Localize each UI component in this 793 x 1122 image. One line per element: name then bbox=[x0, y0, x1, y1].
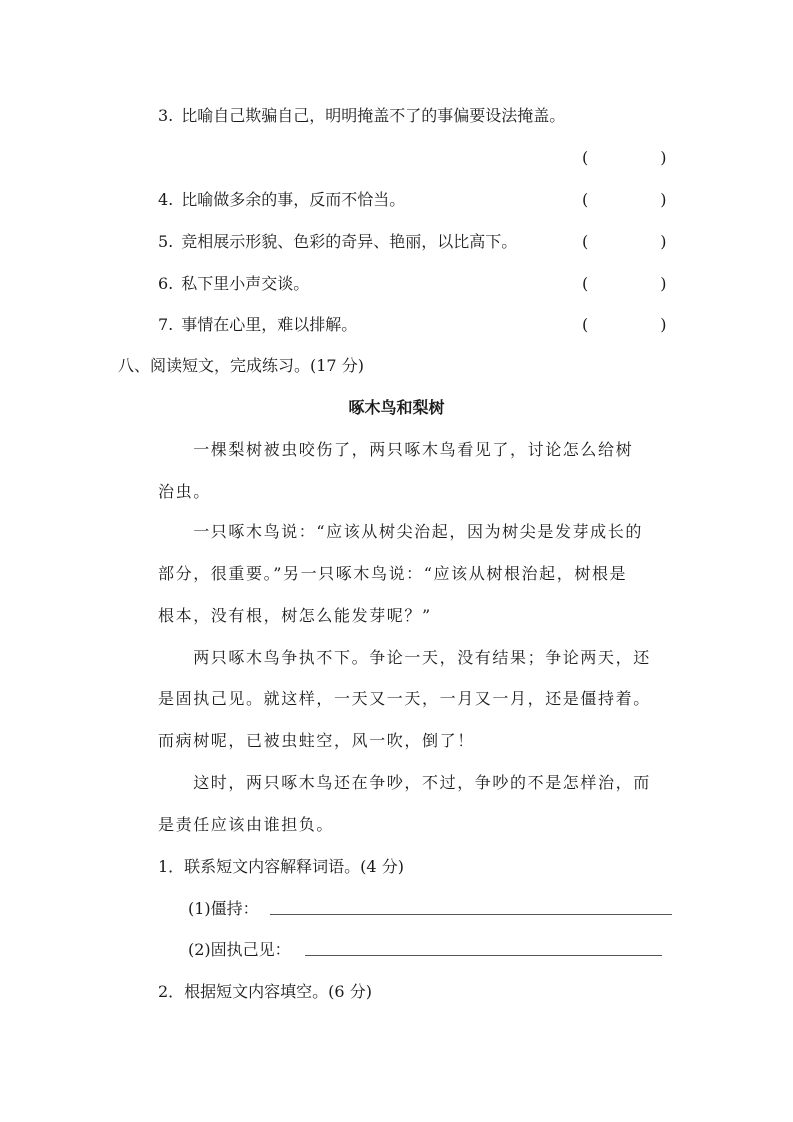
paren-close: ) bbox=[660, 315, 666, 334]
question-1-sub-1-label: (1)僵持： bbox=[188, 899, 259, 919]
answer-blank-5[interactable]: () bbox=[582, 232, 667, 252]
passage-line: 而病树呢，已被虫蛀空，风一吹，倒了！ bbox=[158, 731, 475, 751]
paren-open: ( bbox=[582, 190, 588, 209]
answer-blank-3[interactable]: () bbox=[582, 148, 667, 168]
answer-line-2[interactable] bbox=[305, 955, 662, 956]
matching-item-6: 6.私下里小声交谈。 bbox=[158, 274, 309, 294]
passage-line: 是固执己见。就这样，一天又一天，一月又一月，还是僵持着。 bbox=[158, 689, 651, 709]
passage-line: 这时，两只啄木鸟还在争吵，不过，争吵的不是怎样治，而 bbox=[158, 773, 651, 793]
passage-line: 部分，很重要。”另一只啄木鸟说：“应该从树根治起，树根是 bbox=[158, 564, 627, 584]
passage-line: 根本，没有根，树怎么能发芽呢？” bbox=[158, 606, 432, 626]
passage-title: 啄木鸟和梨树 bbox=[0, 398, 793, 418]
paren-open: ( bbox=[582, 315, 588, 334]
matching-item-3: 3.比喻自己欺骗自己，明明掩盖不了的事偏要设法掩盖。 bbox=[158, 106, 565, 126]
passage-line: 两只啄木鸟争执不下。争论一天，没有结果；争论两天，还 bbox=[158, 648, 651, 668]
answer-blank-6[interactable]: () bbox=[582, 274, 667, 294]
item-text: 事情在心里，难以排解。 bbox=[181, 315, 357, 334]
paren-close: ) bbox=[660, 274, 666, 293]
item-number: 6. bbox=[158, 274, 173, 293]
item-number: 3. bbox=[158, 106, 173, 125]
passage-line: 是责任应该由谁担负。 bbox=[158, 815, 334, 835]
matching-item-7: 7.事情在心里，难以排解。 bbox=[158, 315, 357, 335]
item-number: 5. bbox=[158, 232, 173, 251]
matching-item-5: 5.竞相展示形貌、色彩的奇异、艳丽，以比高下。 bbox=[158, 232, 517, 252]
question-2-label: 2．根据短文内容填空。(6 分) bbox=[158, 982, 372, 1002]
answer-blank-4[interactable]: () bbox=[582, 190, 667, 210]
paren-open: ( bbox=[582, 274, 588, 293]
passage-line: 一棵梨树被虫咬伤了，两只啄木鸟看见了，讨论怎么给树 bbox=[158, 440, 633, 460]
item-text: 比喻做多余的事，反而不恰当。 bbox=[181, 190, 405, 209]
paren-close: ) bbox=[660, 148, 666, 167]
paren-open: ( bbox=[582, 148, 588, 167]
section-heading: 八、阅读短文，完成练习。(17 分) bbox=[118, 356, 364, 376]
item-text: 比喻自己欺骗自己，明明掩盖不了的事偏要设法掩盖。 bbox=[181, 106, 565, 125]
item-number: 4. bbox=[158, 190, 173, 209]
item-number: 7. bbox=[158, 315, 173, 334]
paren-open: ( bbox=[582, 232, 588, 251]
paren-close: ) bbox=[660, 232, 666, 251]
passage-line: 一只啄木鸟说：“应该从树尖治起，因为树尖是发芽成长的 bbox=[158, 522, 643, 542]
passage-line: 治虫。 bbox=[158, 482, 211, 502]
question-1-sub-2-label: (2)固执己见： bbox=[188, 940, 291, 960]
paren-close: ) bbox=[660, 190, 666, 209]
item-text: 私下里小声交谈。 bbox=[181, 274, 309, 293]
question-1-label: 1．联系短文内容解释词语。(4 分) bbox=[158, 857, 404, 877]
answer-line-1[interactable] bbox=[270, 914, 672, 915]
matching-item-4: 4.比喻做多余的事，反而不恰当。 bbox=[158, 190, 405, 210]
answer-blank-7[interactable]: () bbox=[582, 315, 667, 335]
item-text: 竞相展示形貌、色彩的奇异、艳丽，以比高下。 bbox=[181, 232, 517, 251]
